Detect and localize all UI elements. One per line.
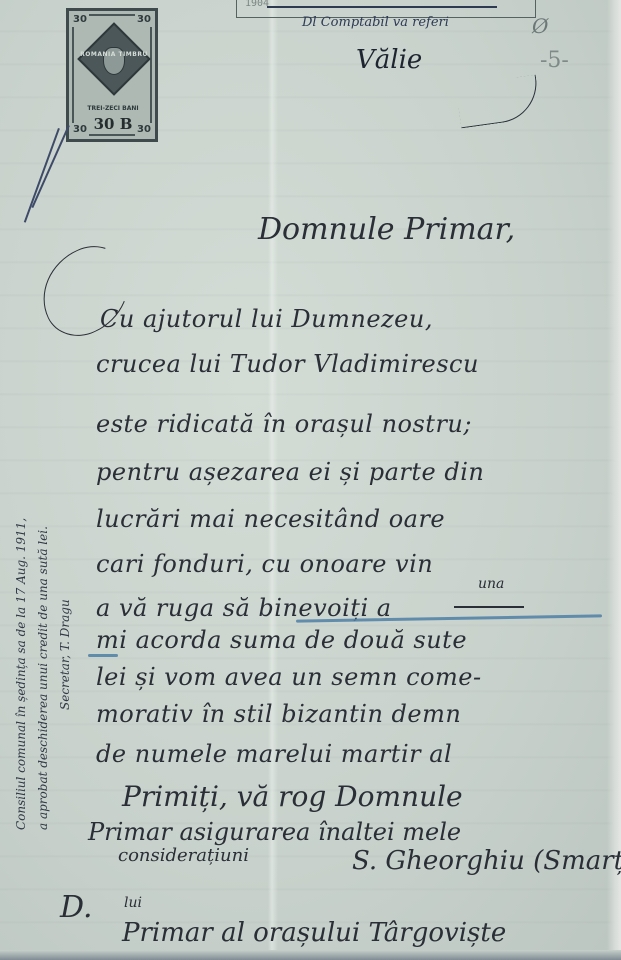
page-number: -5- (540, 48, 569, 73)
margin-note-line: a aprobat deschiderea unui credit de una… (32, 518, 54, 830)
stamp-value-words: TREI-ZECI BANI (73, 105, 153, 112)
body-line: crucea lui Tudor Vladimirescu (96, 350, 479, 378)
stamp-country: ROMANIA (80, 51, 116, 58)
author-signature: S. Gheorghiu (Smarț) (352, 846, 621, 876)
registration-strikeout (267, 6, 497, 8)
stamp-corner-value: 30 (135, 123, 153, 137)
closing-line: considerațiuni (118, 845, 249, 866)
closing-line: Primar asigurarea înaltei mele (88, 818, 461, 846)
accountant-annotation: Dl Comptabil va referi (302, 15, 449, 30)
blue-pencil-underline (88, 654, 118, 657)
official-signature: Vălie (356, 45, 422, 75)
corner-mark: Ø (532, 14, 548, 38)
body-line: morativ în stil bizantin demn (96, 700, 461, 728)
body-line: pentru așezarea ei și parte din (96, 458, 484, 486)
margin-note-signature: Secretar, T. Dragu (54, 518, 76, 830)
body-line: cari fonduri, cu onoare vin (96, 550, 433, 578)
margin-note-line: Consiliul comunal în ședința sa de la 17… (10, 518, 32, 830)
strikethrough (454, 606, 524, 608)
registration-number: 1904 (245, 0, 269, 9)
body-line: este ridicată în orașul nostru; (96, 410, 472, 438)
stamp-corner-value: 30 (135, 13, 153, 27)
stamp-type: TIMBRU (118, 51, 147, 58)
scan-bottom-edge (0, 950, 621, 960)
addressee: Primar al orașului Târgoviște (122, 918, 506, 948)
stamp-corner-value: 30 (71, 123, 89, 137)
closing-line: Primiți, vă rog Domnule (122, 780, 463, 813)
addressee-lui: lui (124, 895, 142, 911)
body-line: lucrări mai necesitând oare (96, 505, 445, 533)
margin-note: Consiliul comunal în ședința sa de la 17… (10, 518, 76, 830)
stamp-value: 30 B (83, 115, 143, 133)
stamp-label: ROMANIA TIMBRU (79, 51, 149, 58)
paper-edge (607, 0, 621, 960)
salutation: Domnule Primar, (258, 212, 515, 247)
body-line: de numele marelui martir al (96, 740, 452, 768)
addressee-prefix: D. (60, 890, 93, 925)
body-line: Cu ajutorul lui Dumnezeu, (100, 305, 433, 333)
body-line: mi acorda suma de două sute (96, 626, 467, 654)
body-line: lei și vom avea un semn come- (96, 663, 482, 691)
revenue-stamp: 30 30 ROMANIA TIMBRU TREI-ZECI BANI 30 B… (66, 8, 158, 142)
inserted-word: una (478, 576, 504, 592)
stamp-corner-value: 30 (71, 13, 89, 27)
